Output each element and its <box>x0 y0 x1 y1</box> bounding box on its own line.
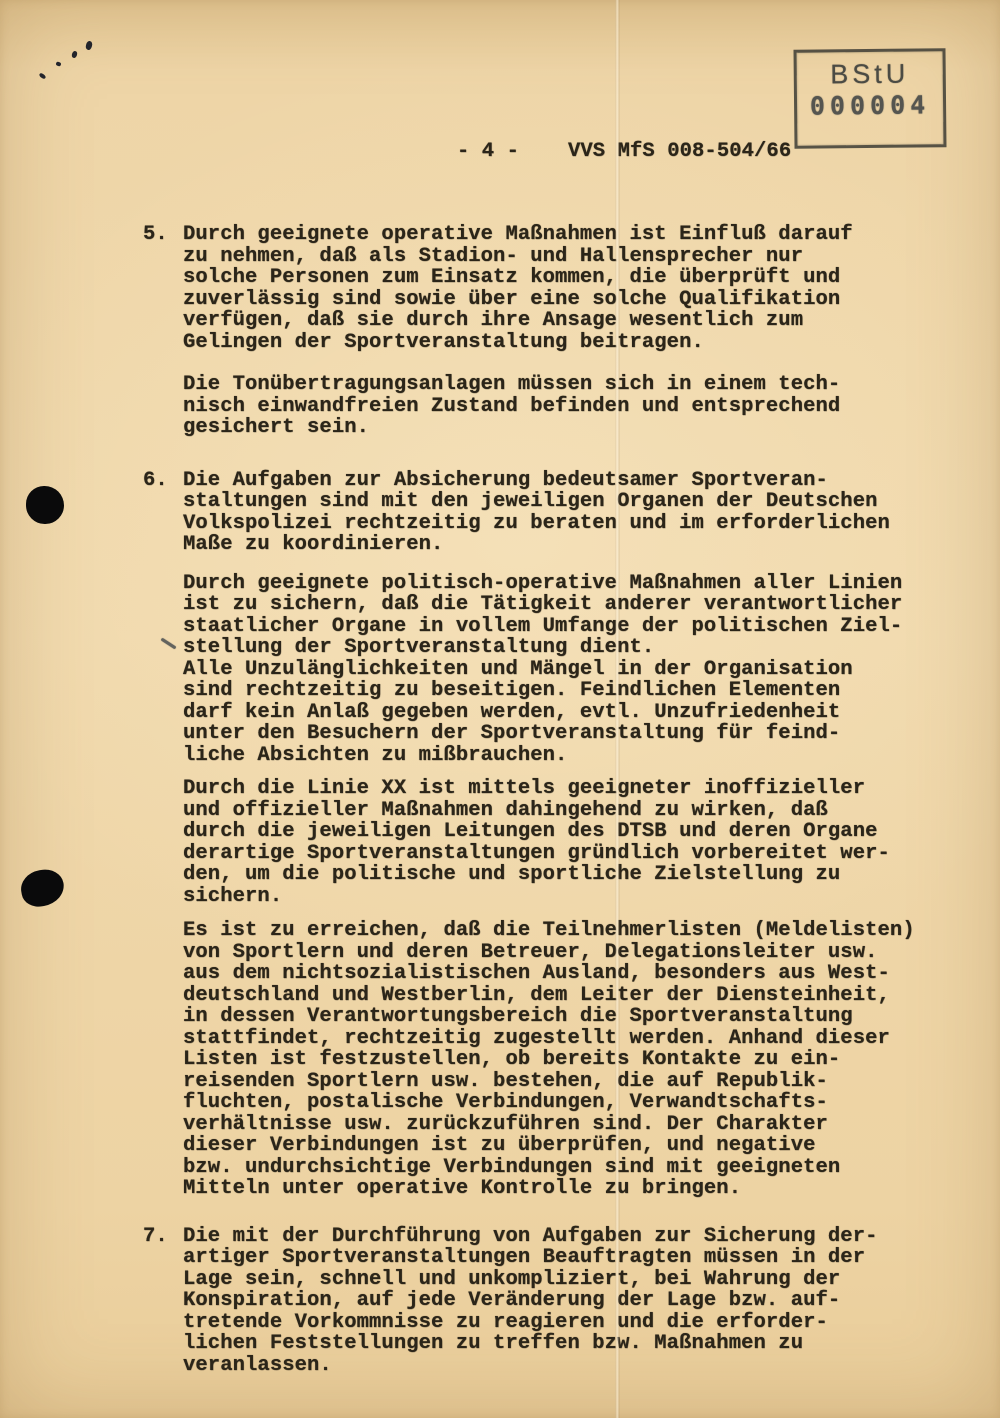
stamp-serial-number: 000004 <box>797 90 943 121</box>
paragraph: Die Tonübertragungsanlagen müssen sich i… <box>183 374 943 439</box>
stamp-title: BStU <box>797 58 943 91</box>
item-6-blocks: Die Aufgaben zur Absicherung bedeutsamer… <box>183 470 943 1200</box>
list-item-7: 7. Die mit der Durchführung von Aufgaben… <box>143 1226 943 1377</box>
item-5-blocks: Durch geeignete operative Maßnahmen ist … <box>183 224 943 439</box>
paragraph: Die Aufgaben zur Absicherung bedeutsamer… <box>183 470 943 556</box>
item-7-blocks: Die mit der Durchführung von Aufgaben zu… <box>183 1226 943 1377</box>
document-body: 5. Durch geeignete operative Maßnahmen i… <box>143 224 943 1376</box>
bstu-archive-stamp: BStU 000004 <box>793 48 946 149</box>
list-item-5: 5. Durch geeignete operative Maßnahmen i… <box>143 224 943 439</box>
item-number: 5. <box>143 224 183 439</box>
item-number: 6. <box>143 470 183 1200</box>
list-item-6: 6. Die Aufgaben zur Absicherung bedeutsa… <box>143 470 943 1200</box>
pen-mark-icon <box>39 72 47 79</box>
paragraph: Durch die Linie XX ist mittels geeignete… <box>183 778 943 907</box>
scanned-document-page: BStU 000004 - 4 - VVS MfS 008-504/66 5. … <box>0 0 1000 1418</box>
classification-reference: VVS MfS 008-504/66 <box>568 141 791 163</box>
paper-crease <box>615 0 620 1418</box>
paragraph: Durch geeignete politisch-operative Maßn… <box>183 573 943 767</box>
pen-mark-icon <box>85 40 93 50</box>
hole-punch-mark <box>18 867 67 910</box>
pen-mark-icon <box>71 50 78 58</box>
paragraph: Durch geeignete operative Maßnahmen ist … <box>183 224 943 353</box>
page-number: - 4 - <box>457 141 519 163</box>
pen-mark-icon <box>55 61 61 67</box>
paragraph: Es ist zu erreichen, daß die Teilnehmerl… <box>183 920 943 1200</box>
item-number: 7. <box>143 1226 183 1377</box>
hole-punch-mark <box>26 486 64 524</box>
paragraph: Die mit der Durchführung von Aufgaben zu… <box>183 1226 943 1377</box>
